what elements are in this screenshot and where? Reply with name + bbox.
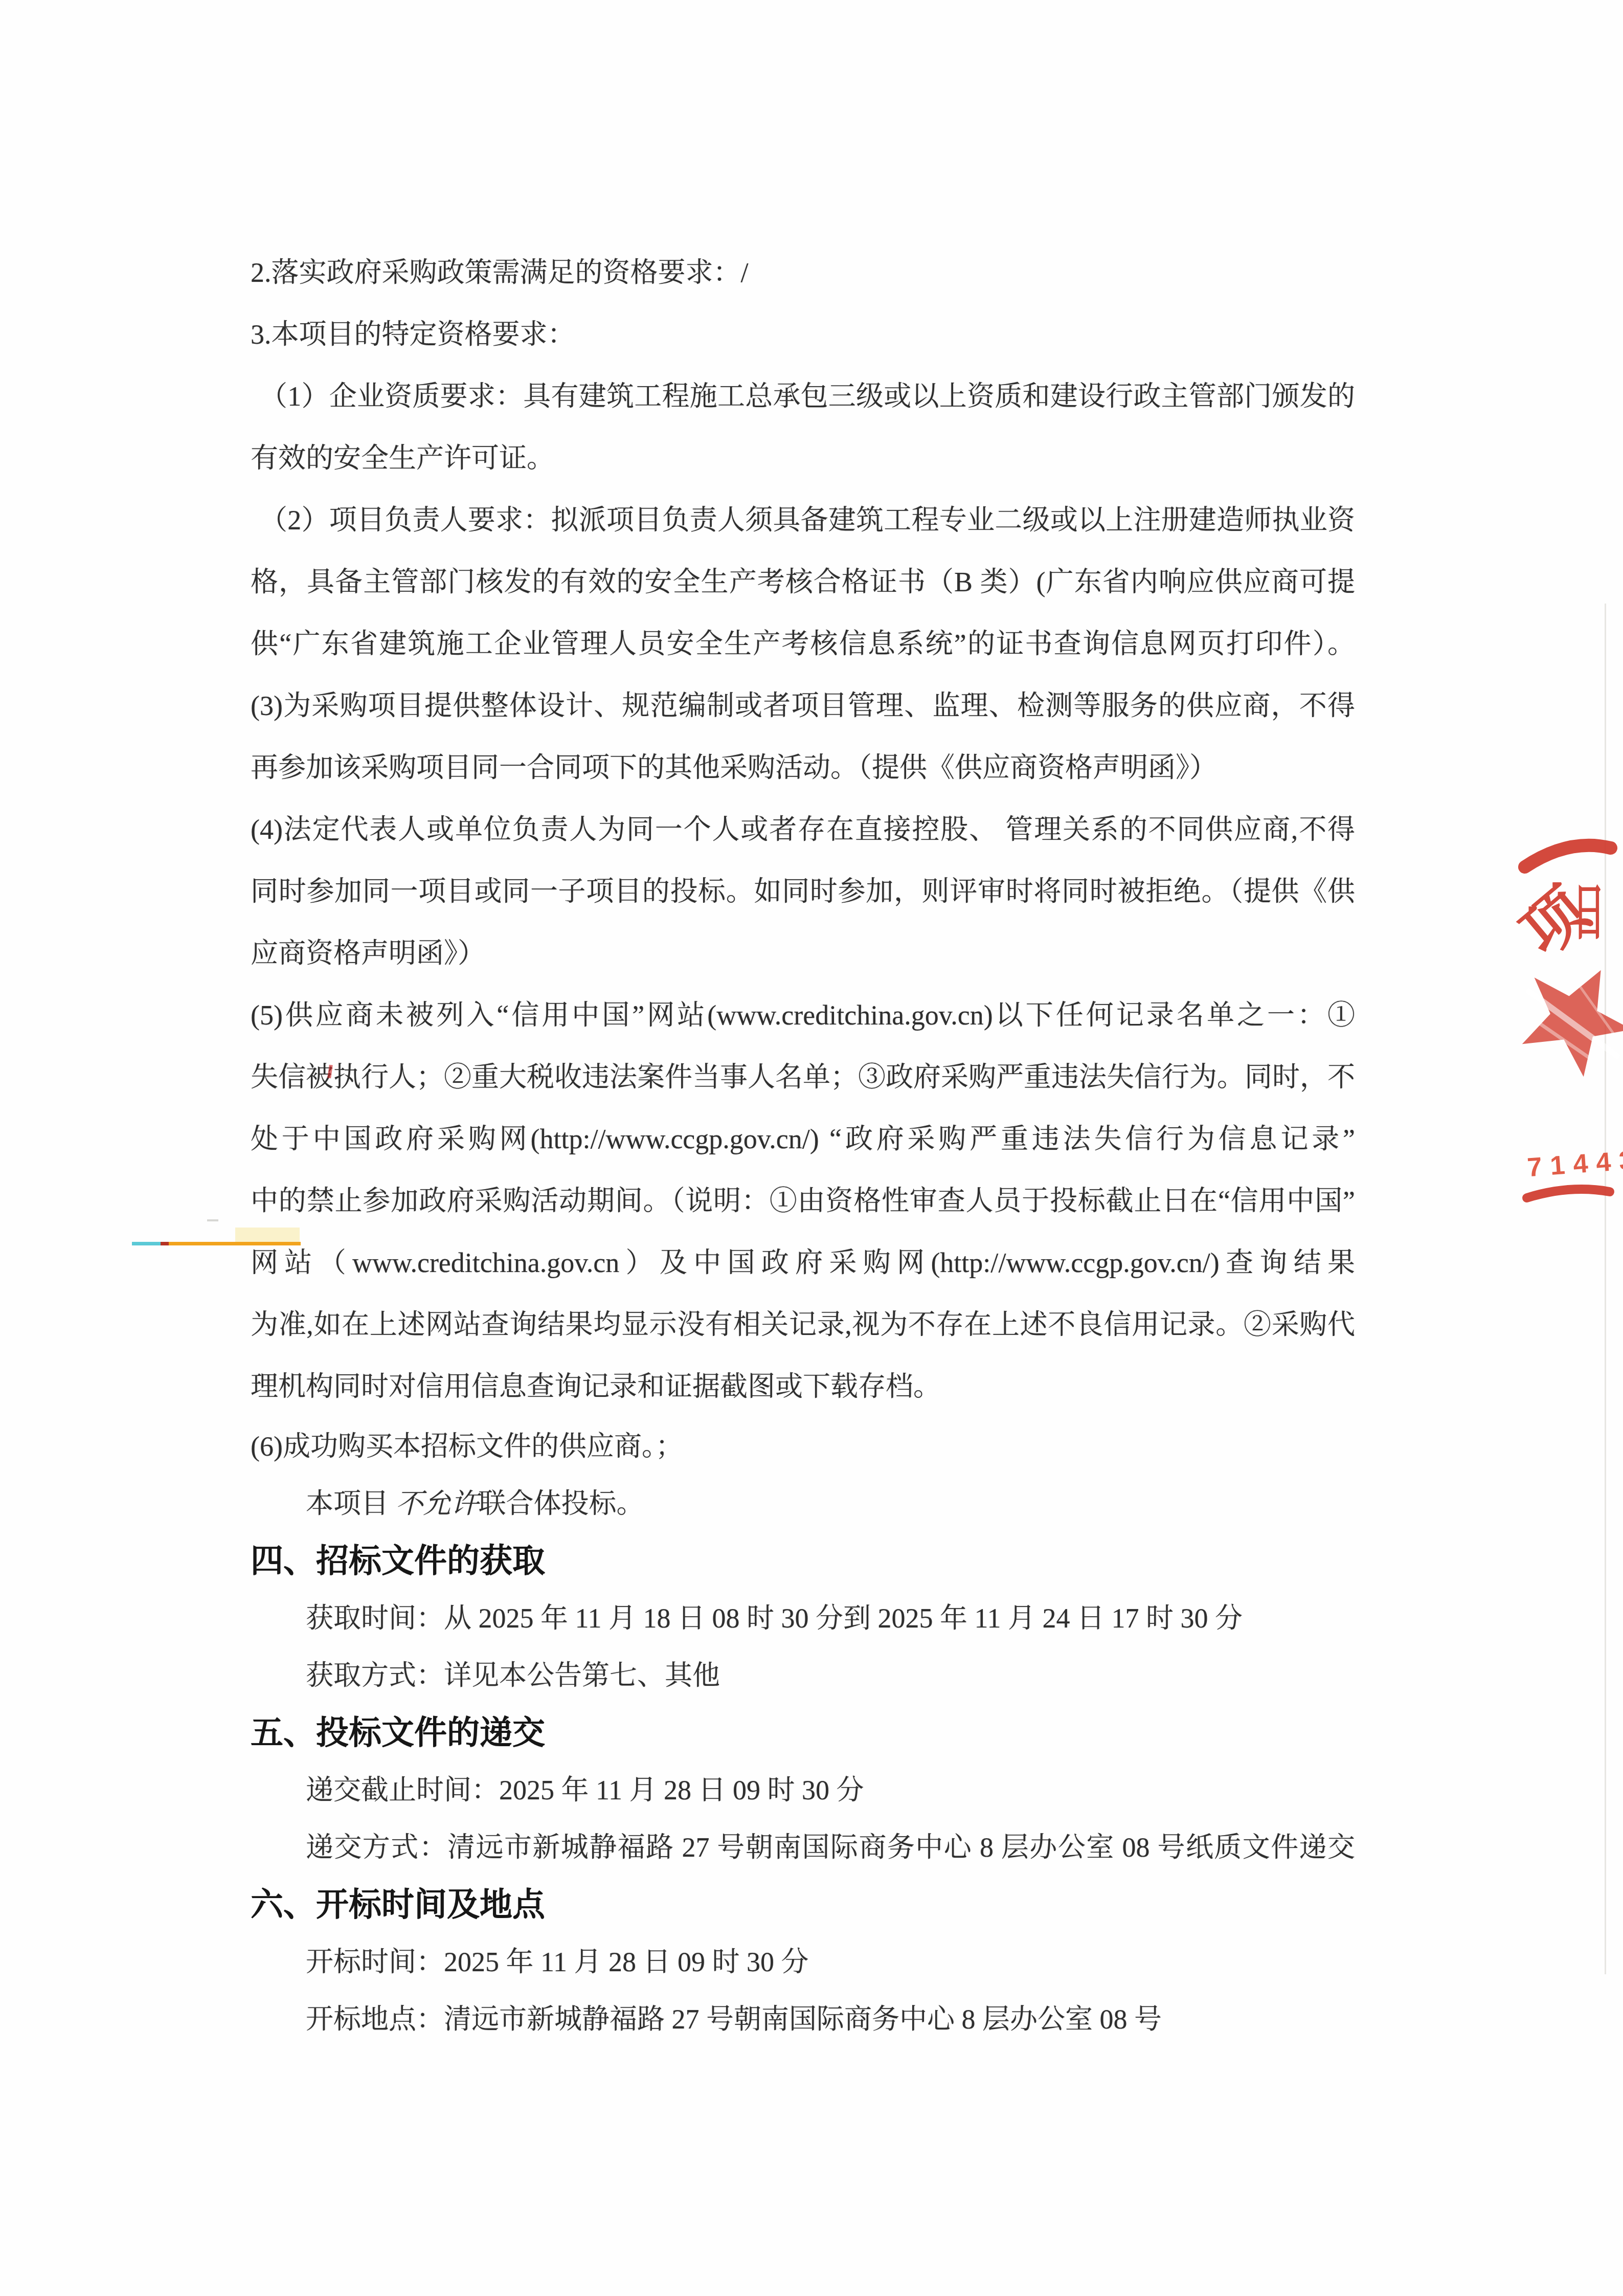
document-line: 网站（www.creditchina.gov.cn）及中国政府采购网(http:…	[251, 1232, 1355, 1294]
document-line: 获取时间：从 2025 年 11 月 18 日 08 时 30 分到 2025 …	[251, 1590, 1365, 1647]
document-line: (5)供应商未被列入“信用中国”网站(www.creditchina.gov.c…	[251, 985, 1355, 1046]
document-line: 为准,如在上述网站查询结果均显示没有相关记录,视为不存在上述不良信用记录。②采购…	[251, 1294, 1355, 1356]
document-body: 2.落实政府采购政策需满足的资格要求：/ 3.本项目的特定资格要求： （1）企业…	[251, 242, 1365, 2048]
joint-bid-emphasis: 不允许	[396, 1488, 479, 1519]
joint-bid-suffix: 联合体投标。	[479, 1488, 644, 1519]
section-heading-obtain-documents: 四、招标文件的获取	[251, 1532, 1365, 1590]
document-line: 理机构同时对信用信息查询记录和证据截图或下载存档。	[251, 1356, 1365, 1418]
joint-bid-prefix: 本项目	[306, 1488, 396, 1519]
document-line: 递交方式：清远市新城静福路 27 号朝南国际商务中心 8 层办公室 08 号纸质…	[251, 1819, 1355, 1876]
stamp-char-ri: 日	[1573, 879, 1605, 947]
document-line: (3)为采购项目提供整体设计、规范编制或者项目管理、监理、检测等服务的供应商，不…	[251, 675, 1355, 737]
document-line: 供“广东省建筑施工企业管理人员安全生产考核信息系统”的证书查询信息网页打印件）。	[251, 613, 1355, 675]
document-line: 失信被执行人；②重大税收违法案件当事人名单；③政府采购严重违法失信行为。同时，不	[251, 1046, 1355, 1108]
scan-edge-line	[1605, 604, 1606, 1974]
document-line: 再参加该采购项目同一合同项下的其他采购活动。（提供《供应商资格声明函》）	[251, 737, 1365, 799]
document-line: 格，具备主管部门核发的有效的安全生产考核合格证书（B 类）(广东省内响应供应商可…	[251, 551, 1355, 613]
document-line: 中的禁止参加政府采购活动期间。（说明：①由资格性审查人员于投标截止日在“信用中国…	[251, 1170, 1355, 1232]
section-heading-bid-opening: 六、开标时间及地点	[251, 1876, 1365, 1933]
document-line: 获取方式：详见本公告第七、其他	[251, 1647, 1365, 1704]
stamp-arc-bottom	[1527, 1189, 1610, 1198]
scan-streak-red	[161, 1242, 169, 1245]
document-line: (4)法定代表人或单位负责人为同一个人或者存在直接控股、 管理关系的不同供应商,…	[251, 799, 1355, 861]
document-line: 开标时间：2025 年 11 月 28 日 09 时 30 分	[251, 1933, 1365, 1991]
document-line: 应商资格声明函》）	[251, 923, 1365, 985]
stamp-numbers: 71443	[1526, 1145, 1623, 1183]
document-line: 有效的安全生产许可证。	[251, 428, 1365, 489]
document-line: （2）项目负责人要求：拟派项目负责人须具备建筑工程专业二级或以上注册建造师执业资	[251, 489, 1355, 551]
document-line: 2.落实政府采购政策需满足的资格要求：/	[251, 242, 1365, 304]
joint-bid-line: 本项目 不允许联合体投标。	[251, 1475, 1365, 1532]
document-line: 3.本项目的特定资格要求：	[251, 304, 1365, 366]
document-line: 同时参加同一项目或同一子项目的投标。如同时参加，则评审时将同时被拒绝。（提供《供	[251, 861, 1355, 923]
star-icon	[1508, 944, 1623, 1087]
section-heading-bid-submission: 五、投标文件的递交	[251, 1704, 1365, 1762]
scan-streak-cyan	[132, 1242, 161, 1245]
document-page: 2.落实政府采购政策需满足的资格要求：/ 3.本项目的特定资格要求： （1）企业…	[0, 0, 1623, 2296]
document-line: 递交截止时间：2025 年 11 月 28 日 09 时 30 分	[251, 1762, 1365, 1819]
scan-streak-orange	[169, 1242, 301, 1245]
scan-streak-blob	[235, 1228, 300, 1243]
stamp-arc-top	[1525, 845, 1611, 867]
document-line: 处于中国政府采购网(http://www.ccgp.gov.cn/) “政府采购…	[251, 1108, 1355, 1170]
document-line: （1）企业资质要求：具有建筑工程施工总承包三级或以上资质和建设行政主管部门颁发的	[251, 366, 1355, 428]
scan-gray-mark	[207, 1219, 218, 1221]
red-stamp: 项 日 71443	[1508, 818, 1623, 1217]
document-line: 开标地点：清远市新城静福路 27 号朝南国际商务中心 8 层办公室 08 号	[251, 1991, 1365, 2048]
document-line: (6)成功购买本招标文件的供应商。；	[251, 1418, 1365, 1475]
